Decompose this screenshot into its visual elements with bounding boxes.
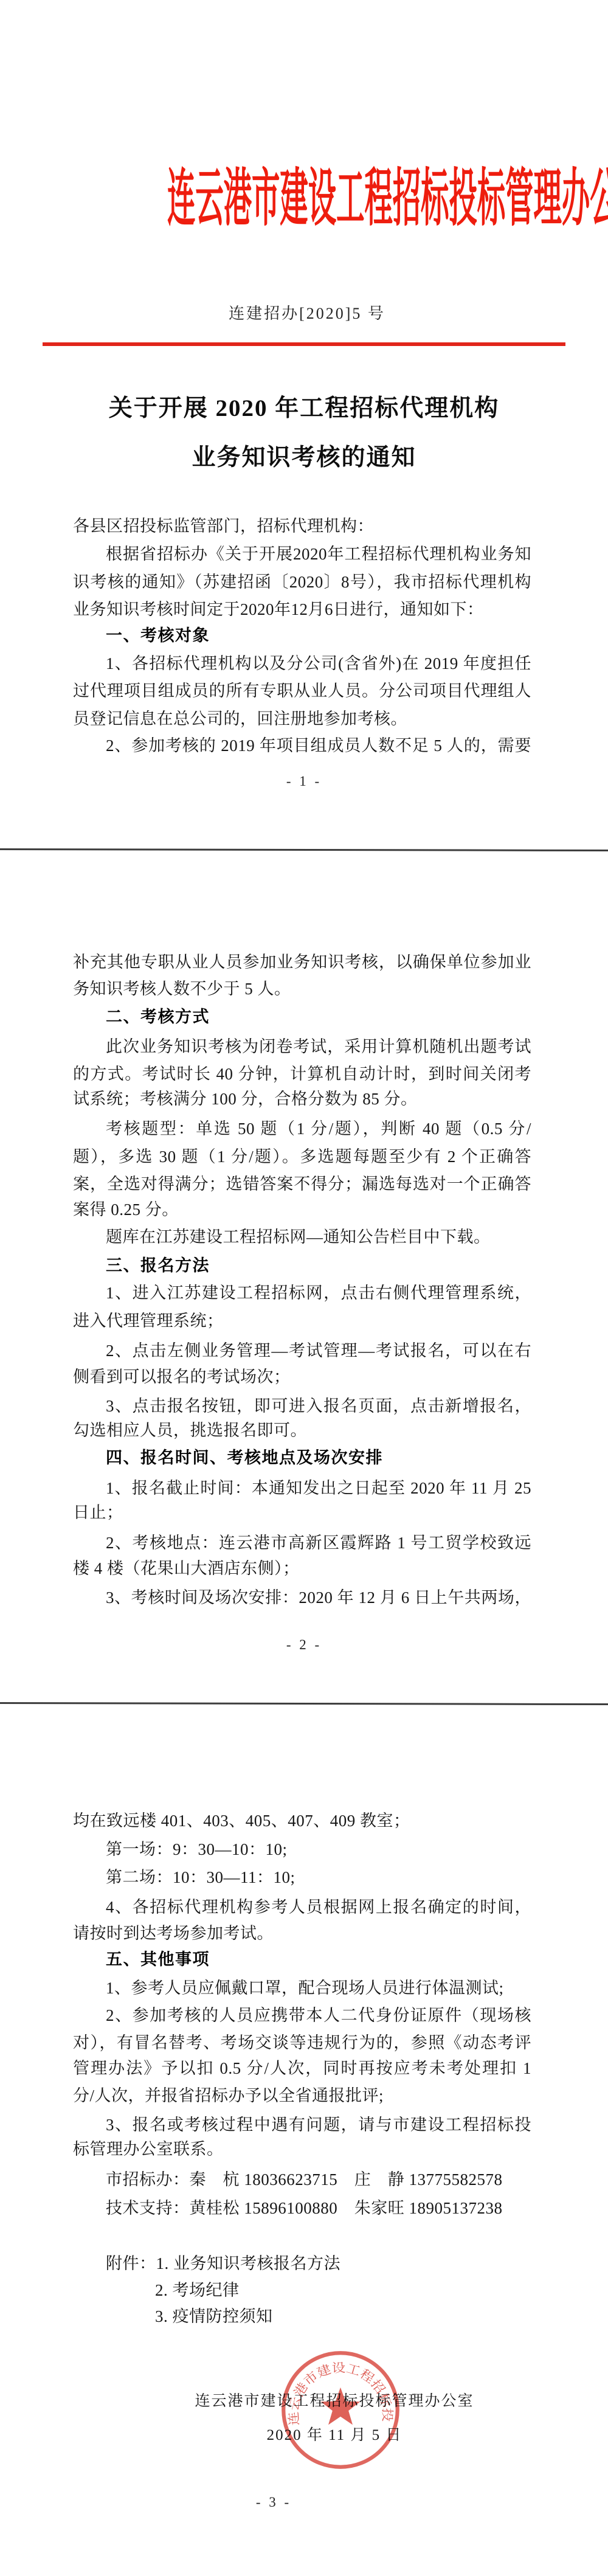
section-heading: 一、考核对象 (73, 622, 531, 649)
contact-line: 技术支持：黄桂松 15896100880 朱家旺 18905137238 (73, 2195, 531, 2222)
text-line: 此次业务知识考核为闭卷考试，采用计算机随机出题考试 (73, 1033, 531, 1061)
attachment-line: 附件：1. 业务知识考核报名方法 (73, 2250, 531, 2277)
notice-title-line2: 业务知识考核的通知 (0, 442, 608, 474)
text-line: 识考核的通知》（苏建招函〔2020〕8号），我市招标代理机构 (73, 569, 531, 596)
text-line: 日止； (73, 1499, 531, 1526)
text-line: 1、报名截止时间：本通知发出之日起至 2020 年 11 月 25 (73, 1475, 531, 1502)
section-heading: 四、报名时间、考核地点及场次安排 (73, 1444, 531, 1472)
page-break-line (0, 848, 608, 851)
text-line: 2、点击左侧业务管理—考试管理—考试报名，可以在右 (73, 1337, 531, 1365)
text-line: 对），有冒名替考、考场交谈等违规行为的，参照《动态考评 (73, 2029, 531, 2057)
text-line: 楼 4 楼（花果山大酒店东侧）； (73, 1555, 531, 1582)
notice-title-line1: 关于开展 2020 年工程招标代理机构 (0, 393, 608, 424)
seal-star-icon (321, 2387, 361, 2425)
letterhead-title: 连云港市建设工程招标投标管理办公室文件 (167, 163, 441, 235)
scanned-document: 连云港市建设工程招标投标管理办公室文件 连建招办[2020]5 号 关于开展 2… (0, 0, 608, 2576)
document-number: 连建招办[2020]5 号 (0, 303, 608, 325)
attachment-line: 3. 疫情防控须知 (73, 2303, 531, 2330)
text-line: 根据省招标办《关于开展2020年工程招标代理机构业务知 (73, 541, 531, 568)
text-line: 2、参加考核的人员应携带本人二代身份证原件（现场核 (73, 2002, 531, 2029)
text-line: 业务知识考核时间定于2020年12月6日进行，通知如下： (73, 596, 531, 623)
text-line: 标管理办公室联系。 (73, 2136, 531, 2163)
page-number-3: - 3 - (0, 2495, 547, 2510)
text-line: 题），多选 30 题（1 分/题）。多选题每题至少有 2 个正确答 (73, 1143, 531, 1171)
text-line: 2、参加考核的 2019 年项目组成员人数不足 5 人的，需要 (73, 732, 531, 760)
text-line: 进入代理管理系统； (73, 1307, 531, 1335)
text-line: 请按时到达考场参加考试。 (73, 1920, 531, 1947)
text-line: 1、参考人员应佩戴口罩，配合现场人员进行体温测试; (73, 1975, 531, 2002)
text-line: 过代理项目组成员的所有专职从业人员。分公司项目代理组人 (73, 677, 531, 705)
text-line: 3、考核时间及场次安排：2020 年 12 月 6 日上午共两场， (73, 1584, 531, 1612)
text-line: 的方式。考试时长 40 分钟，计算机自动计时，到时间关闭考 (73, 1061, 531, 1088)
text-line: 第一场：9：30—10：10; (73, 1836, 531, 1863)
section-heading: 三、报名方法 (73, 1252, 531, 1279)
text-line: 管理办法》予以扣 0.5 分/人次，同时再按应考未考处理扣 1 (73, 2055, 531, 2082)
text-line: 勾选相应人员，挑选报名即可。 (73, 1417, 531, 1444)
text-line: 3、报名或考核过程中遇有问题，请与市建设工程招标投 (73, 2111, 531, 2139)
text-line: 各县区招投标监管部门，招标代理机构： (73, 513, 531, 540)
text-line: 1、各招标代理机构以及分公司(含省外)在 2019 年度担任 (73, 650, 531, 677)
letterhead-rule (43, 342, 565, 346)
text-line: 员登记信息在总公司的，回注册地参加考核。 (73, 705, 531, 733)
contact-line: 市招标办：秦 杭 18036623715 庄 静 13775582578 (73, 2166, 531, 2193)
page-number-2: - 2 - (0, 1637, 608, 1653)
text-line: 2、考核地点：连云港市高新区霞辉路 1 号工贸学校致远 (73, 1529, 531, 1557)
page-break-line (0, 1702, 608, 1705)
text-line: 第二场：10：30—11：10; (73, 1864, 531, 1891)
text-line: 案，全选对得满分；选错答案不得分；漏选每选对一个正确答 (73, 1171, 531, 1198)
text-line: 侧看到可以报名的考试场次； (73, 1363, 531, 1391)
text-line: 案得 0.25 分。 (73, 1196, 531, 1224)
text-line: 1、进入江苏建设工程招标网，点击右侧代理管理系统， (73, 1279, 531, 1307)
text-line: 试系统；考核满分 100 分，合格分数为 85 分。 (73, 1085, 531, 1113)
official-seal: 连云港市建设工程招标投标管理办公室 (278, 2347, 403, 2473)
text-line: 分/人次，并报省招标办予以全省通报批评; (73, 2082, 531, 2110)
page-number-1: - 1 - (0, 774, 608, 789)
section-heading: 五、其他事项 (73, 1946, 531, 1973)
text-line: 3、点击报名按钮，即可进入报名页面，点击新增报名， (73, 1393, 531, 1420)
section-heading: 二、考核方式 (73, 1003, 531, 1031)
text-line: 务知识考核人数不少于 5 人。 (73, 975, 531, 1003)
text-line: 均在致远楼 401、403、405、407、409 教室； (73, 1807, 531, 1835)
text-line: 题库在江苏建设工程招标网—通知公告栏目中下载。 (73, 1224, 531, 1251)
text-line: 考核题型：单选 50 题（1 分/题），判断 40 题（0.5 分/ (73, 1115, 531, 1143)
attachment-line: 2. 考场纪律 (73, 2277, 531, 2304)
text-line: 4、各招标代理机构参考人员根据网上报名确定的时间， (73, 1894, 531, 1921)
text-line: 补充其他专职从业人员参加业务知识考核，以确保单位参加业 (73, 949, 531, 976)
